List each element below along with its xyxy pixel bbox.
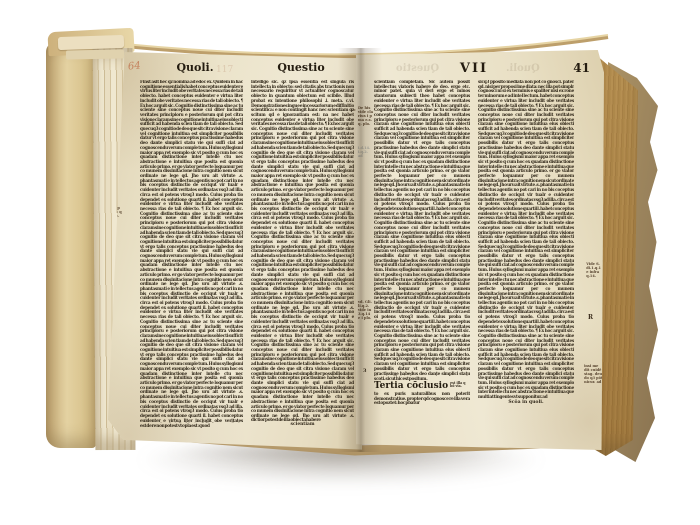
section-heading-row: Tertia cōclusio est illa q bō via. [374, 382, 470, 391]
colophon-text: Scōa in quoli. [508, 400, 543, 405]
running-title-vii: VII [356, 61, 592, 76]
running-title-quoli: Quoli. [142, 61, 248, 74]
book-photograph: 64 117 Quoli. Questio In p 2.o q fuc. T.… [0, 0, 700, 525]
colophon-line: Scōa in quoli. 551 [478, 399, 574, 406]
gutter-shadow [338, 48, 382, 452]
left-page: 64 117 Quoli. Questio In p 2.o q fuc. T.… [108, 48, 362, 452]
column-text-block: Finst asit hec qz nomina ad edoc ex. Qui… [140, 80, 243, 423]
right-column: sicq3 pposito mediata non pot co gnosci.… [478, 80, 574, 406]
outer-margin-gloss: insi me dit cuidē stag. deus do q3 pōt n… [584, 364, 604, 384]
text-columns: Finst asit hec qz nomina ad edoc ex. Qui… [140, 80, 354, 428]
vellum-cover-left [46, 42, 96, 448]
column-final-line: est de re non potest vt opla est: quod [140, 423, 243, 428]
outer-margin-note: Vide S. di.1.q.1 e infra q.14. [586, 262, 601, 278]
running-title-row: Quoli. Questio [142, 61, 354, 74]
left-column: scientiam completam. Sic autem possit in… [374, 80, 470, 406]
column-text-block: scientiam completam. Sic autem possit in… [374, 80, 470, 376]
outer-margin-letter: R [588, 314, 593, 321]
protruding-leaf-tab [66, 49, 124, 59]
section-heading: Tertia cōclusio [374, 382, 448, 391]
column-text-block: sicq3 pposito mediata non pot co gnosci.… [478, 80, 574, 394]
left-column: Finst asit hec qz nomina ad edoc ex. Qui… [140, 80, 243, 428]
protruding-leaf-tab [58, 35, 124, 50]
section-heading-side-text: est illa q bō via. [450, 382, 465, 389]
right-page: Questio Quoli. VII 41 De his vide cla ri… [356, 50, 604, 454]
folio-number: 41 [573, 61, 590, 75]
handwritten-folio-number: 64 [127, 60, 141, 72]
post-heading-text: to ex puris naturalibus non poterit demo… [374, 392, 470, 406]
text-columns: scientiam completam. Sic autem possit in… [374, 80, 574, 406]
